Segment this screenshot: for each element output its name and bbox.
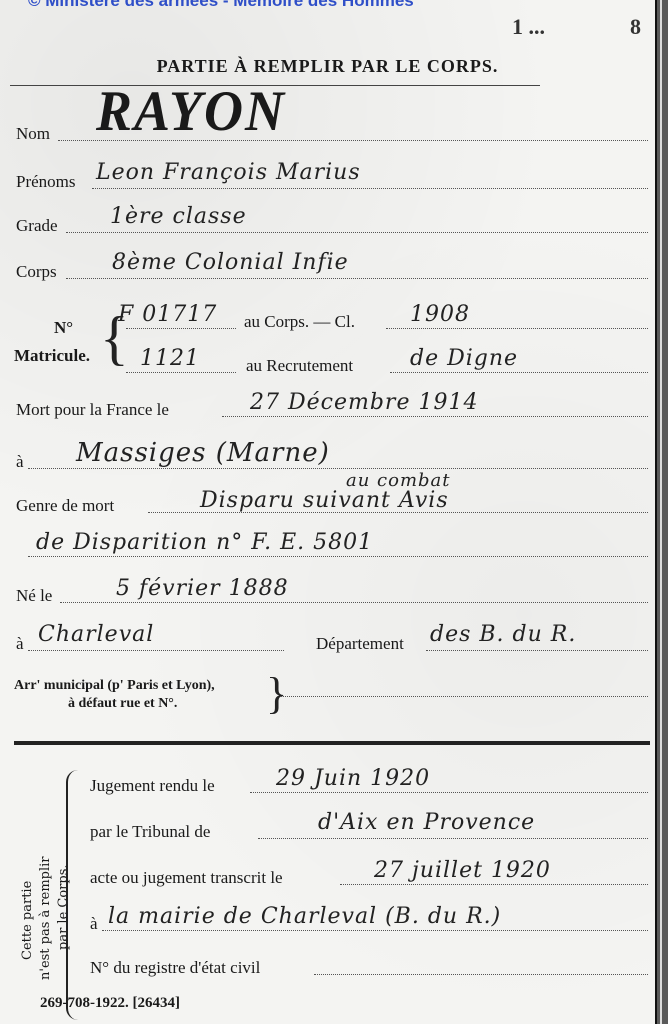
lieu-naissance-label: à xyxy=(16,634,24,654)
transcrit-line xyxy=(340,884,648,885)
mort-label: Mort pour la France le xyxy=(16,400,169,420)
registre-line xyxy=(314,974,648,975)
tribunal-line xyxy=(258,838,648,839)
section-divider xyxy=(14,741,650,745)
recrutement-number-value: 1121 xyxy=(140,346,200,371)
nom-line xyxy=(58,140,648,141)
tribunal-value: d'Aix en Provence xyxy=(318,810,535,835)
registre-label: N° du registre d'état civil xyxy=(90,958,260,978)
mort-value: 27 Décembre 1914 xyxy=(250,390,478,415)
lieu-mort-line xyxy=(28,468,648,469)
nom-value: RAYON xyxy=(96,78,286,143)
lieu-mort-label: à xyxy=(16,452,24,472)
classe-line xyxy=(386,328,648,329)
jugement-rendu-line xyxy=(250,792,648,793)
print-reference: 269-708-1922. [26434] xyxy=(40,995,180,1012)
side-note-line-1: Cette partie xyxy=(20,881,35,960)
genre-mort-value-2: de Disparition n° F. E. 5801 xyxy=(36,530,373,555)
corps-number-value: F 01717 xyxy=(118,302,217,327)
recrutement-place-line xyxy=(390,372,648,373)
grade-line xyxy=(66,232,648,233)
classe-value: 1908 xyxy=(410,302,470,327)
transcription-lieu-line xyxy=(102,930,648,931)
jugement-rendu-label: Jugement rendu le xyxy=(90,776,215,796)
corner-mark-1: 1 ... xyxy=(512,14,545,40)
transcrit-value: 27 juillet 1920 xyxy=(374,858,551,883)
arrondissement-label-2: à défaut rue et N°. xyxy=(68,696,177,712)
transcription-lieu-label: à xyxy=(90,914,98,934)
page-edge xyxy=(655,0,668,1024)
departement-label: Département xyxy=(316,634,404,654)
genre-mort-line-2 xyxy=(28,556,648,557)
arrondissement-line xyxy=(280,696,648,697)
nom-label: Nom xyxy=(16,124,50,144)
tribunal-label: par le Tribunal de xyxy=(90,822,210,842)
section-title: PARTIE À REMPLIR PAR LE CORPS. xyxy=(0,56,655,77)
naissance-line xyxy=(60,602,648,603)
departement-value: des B. du R. xyxy=(430,622,576,647)
jugement-brace xyxy=(66,770,78,1020)
au-corps-label: au Corps. — Cl. xyxy=(244,312,355,332)
copyright-watermark: © Ministère des armées - Mémoire des Hom… xyxy=(28,0,414,11)
corps-line xyxy=(66,278,648,279)
prenoms-line xyxy=(92,188,648,189)
corps-number-line xyxy=(126,328,236,329)
corps-value: 8ème Colonial Infie xyxy=(112,250,349,275)
genre-mort-value: Disparu suivant Avis xyxy=(200,488,449,513)
mort-line xyxy=(222,416,648,417)
transcription-lieu-value: la mairie de Charleval (B. du R.) xyxy=(108,904,501,929)
au-recrutement-label: au Recrutement xyxy=(246,356,353,376)
lieu-mort-value: Massiges (Marne) xyxy=(76,438,330,468)
corps-label: Corps xyxy=(16,262,57,282)
jugement-rendu-value: 29 Juin 1920 xyxy=(276,766,430,791)
matricule-label: Matricule. xyxy=(14,346,90,366)
naissance-label: Né le xyxy=(16,586,52,606)
naissance-value: 5 février 1888 xyxy=(116,576,289,601)
grade-label: Grade xyxy=(16,216,58,236)
side-note-line-2: n'est pas à remplir xyxy=(38,856,53,980)
arrondissement-label-1: Arr' municipal (p' Paris et Lyon), xyxy=(14,678,215,694)
lieu-naissance-line xyxy=(28,650,284,651)
prenoms-label: Prénoms xyxy=(16,172,76,192)
departement-line xyxy=(426,650,648,651)
lieu-naissance-value: Charleval xyxy=(38,622,154,647)
arrondissement-brace: } xyxy=(266,672,287,716)
prenoms-value: Leon François Marius xyxy=(96,160,361,185)
side-note: Cette partie n'est pas à remplir par le … xyxy=(6,830,66,960)
recrutement-place-value: de Digne xyxy=(410,346,518,371)
transcrit-label: acte ou jugement transcrit le xyxy=(90,868,283,888)
recrutement-number-line xyxy=(126,372,236,373)
genre-mort-label: Genre de mort xyxy=(16,496,114,516)
matricule-no-label: N° xyxy=(54,318,73,338)
grade-value: 1ère classe xyxy=(110,204,247,229)
corner-mark-2: 8 xyxy=(630,14,641,40)
